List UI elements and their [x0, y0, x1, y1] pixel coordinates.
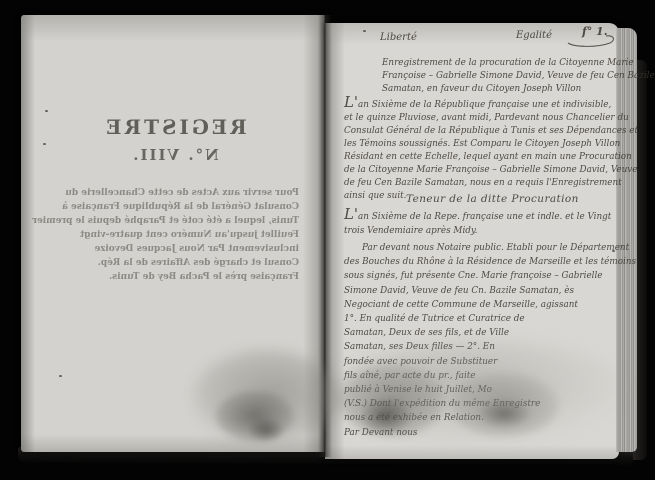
manuscript-line: Samatan, ses Deux filles — 2°. En — [344, 340, 636, 354]
folio-text: f° 1. — [582, 25, 608, 38]
left-page: REGISTRE N°. VIII. Pour servir aux Actes… — [21, 15, 325, 452]
act-heading: Enregistrement de la procuration de la C… — [382, 57, 655, 96]
manuscript-line: les Témoins soussignés. Est Comparu le C… — [344, 138, 638, 151]
manuscript-line: Consulat Général de la République à Tuni… — [344, 125, 638, 138]
paragraph-preamble: L'an Sixième de la République française … — [344, 99, 638, 203]
dust-speck — [59, 375, 62, 377]
dust-speck — [363, 30, 366, 32]
manuscript-line: fondée avec pouvoir de Substituer — [344, 355, 636, 369]
folio-number: f° 1. — [566, 25, 618, 49]
book-gutter — [318, 15, 332, 457]
bleedthrough-title: REGISTRE — [47, 115, 303, 139]
manuscript-line: Par Devant nous — [344, 426, 636, 440]
manuscript-line: fils aîné, par acte du pr., faite — [344, 369, 636, 383]
bleedthrough-line: inclusivement Par Nous Jacques Devoize — [47, 242, 299, 256]
bleedthrough-text-block: REGISTRE N°. VIII. Pour servir aux Actes… — [47, 115, 303, 284]
heading-line: Françoise – Gabrielle Simone David, Veuv… — [382, 70, 655, 83]
manuscript-line: sous signés, fut présente Cne. Marie fra… — [344, 269, 636, 283]
scanned-book-spread: REGISTRE N°. VIII. Pour servir aux Actes… — [0, 0, 655, 480]
manuscript-line: Samatan, Deux de ses fils, et de Ville — [344, 326, 636, 340]
dust-speck — [45, 110, 48, 112]
heading-line: Samatan, en faveur du Citoyen Joseph Vil… — [382, 83, 655, 96]
manuscript-line: nous a été exhibée en Relation. — [344, 411, 636, 425]
manuscript-line: L'an Sixième de la Repe. française une e… — [344, 210, 611, 224]
dust-speck — [43, 143, 46, 145]
motto-egalite: Egalité — [516, 30, 552, 41]
manuscript-line: 1°. En qualité de Tutrice et Curatrice d… — [344, 312, 636, 326]
bleedthrough-line: Feuillet jusqu'au Numéro cent quatre-vin… — [47, 228, 299, 242]
manuscript-line: de la Citoyenne Marie Françoise – Gabrie… — [344, 164, 638, 177]
bleedthrough-line: Tunis, lequel a été coté et Paraphé depu… — [47, 214, 299, 228]
manuscript-line: et le quinze Pluviose, avant midi, Parde… — [344, 112, 638, 125]
bleedthrough-line: Française près le Pacha Bey de Tunis. — [47, 270, 299, 284]
dust-speck — [612, 250, 615, 252]
manuscript-line: publié à Venise le huit Juillet, Mo — [344, 383, 636, 397]
manuscript-line: Résidant en cette Echelle, lequel ayant … — [344, 151, 638, 164]
manuscript-line: Par devant nous Notaire public. Etabli p… — [344, 241, 636, 255]
paragraph-date: L'an Sixième de la Repe. française une e… — [344, 210, 611, 238]
manuscript-line: des Bouches du Rhône à la Résidence de M… — [344, 255, 636, 269]
motto-liberte: Liberté — [380, 32, 417, 43]
manuscript-line: (V.S.) Dont l'expédition du même Enregis… — [344, 397, 636, 411]
manuscript-line: Negociant de cette Commune de Marseille,… — [344, 298, 636, 312]
bleedthrough-paragraph: Pour servir aux Actes de cette Chancelle… — [47, 186, 299, 284]
bleedthrough-line: Pour servir aux Actes de cette Chancelle… — [47, 186, 299, 200]
bleedthrough-subtitle: N°. VIII. — [47, 146, 303, 164]
manuscript-line: trois Vendemiaire après Midy. — [344, 224, 611, 238]
heading-line: Enregistrement de la procuration de la C… — [382, 57, 655, 70]
page-header: Liberté Egalité f° 1. — [340, 23, 620, 49]
manuscript-line: de feu Cen Bazile Samatan, nous en a req… — [344, 177, 638, 190]
manuscript-line: L'an Sixième de la République française … — [344, 99, 638, 112]
bleedthrough-line: Consul et chargé des Affaires de la Rép. — [47, 256, 299, 270]
manuscript-text: Liberté Egalité f° 1. Enregistrement de … — [340, 23, 620, 49]
subheading-teneur: Teneur de la ditte Procuration — [406, 193, 579, 205]
bleedthrough-line: Consulat Général de la République França… — [47, 200, 299, 214]
paragraph-procuration: Par devant nous Notaire public. Etabli p… — [344, 241, 636, 440]
manuscript-line: Simone David, Veuve de feu Cn. Bazile Sa… — [344, 284, 636, 298]
